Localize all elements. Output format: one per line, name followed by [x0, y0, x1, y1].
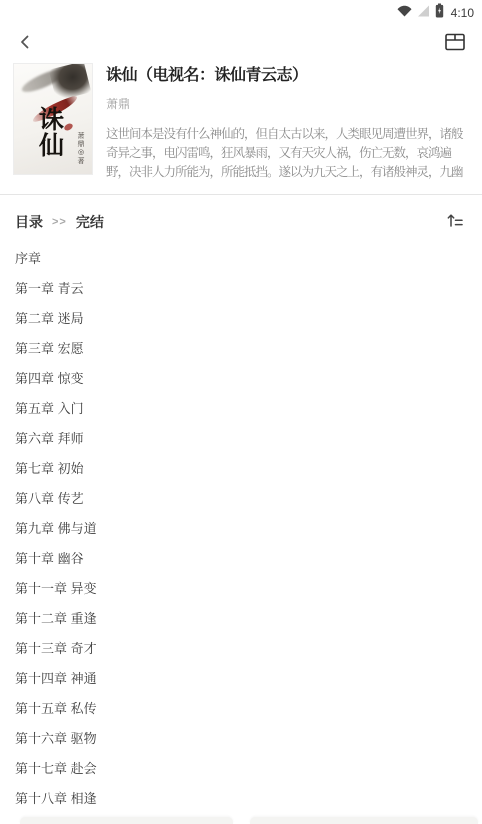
chapter-list: 序章第一章 青云第二章 迷局第三章 宏愿第四章 惊变第五章 入门第六章 拜师第七… [0, 234, 482, 814]
bottom-sheet-button-right[interactable] [250, 817, 478, 824]
chapter-item[interactable]: 第十六章 驱物 [0, 724, 482, 754]
chapter-item[interactable]: 第九章 佛与道 [0, 514, 482, 544]
chapter-item[interactable]: 第一章 青云 [0, 274, 482, 304]
chapter-item[interactable]: 第十二章 重逢 [0, 604, 482, 634]
chapter-item[interactable]: 第十一章 异变 [0, 574, 482, 604]
status-time: 4:10 [451, 6, 474, 20]
book-info: 诛仙 萧鼎◎著 诛仙（电视名：诛仙青云志） 萧鼎 这世间本是没有什么神仙的，但自… [0, 60, 482, 182]
chapter-item[interactable]: 第二章 迷局 [0, 304, 482, 334]
battery-charging-icon [435, 3, 444, 23]
catalog-status-badge: 完结 [76, 212, 104, 232]
chapter-item[interactable]: 第十章 幽谷 [0, 544, 482, 574]
book-meta: 诛仙（电视名：诛仙青云志） 萧鼎 这世间本是没有什么神仙的，但自太古以来，人类眼… [106, 64, 468, 182]
bookshelf-icon [444, 32, 466, 55]
chapter-item[interactable]: 第十四章 神通 [0, 664, 482, 694]
chapter-item[interactable]: 第四章 惊变 [0, 364, 482, 394]
app-header [0, 26, 482, 60]
catalog-header: 目录 >> 完结 [0, 195, 482, 234]
chapter-item[interactable]: 第八章 传艺 [0, 484, 482, 514]
chapter-item[interactable]: 第十五章 私传 [0, 694, 482, 724]
wifi-icon [397, 4, 412, 22]
status-bar: 4:10 [0, 0, 482, 22]
chapter-item[interactable]: 第十三章 奇才 [0, 634, 482, 664]
chapter-item[interactable]: 第十八章 相逢 [0, 784, 482, 814]
book-cover: 诛仙 萧鼎◎著 [14, 64, 92, 174]
bottom-sheet-button-left[interactable] [20, 817, 233, 824]
cover-red-accent [63, 122, 74, 132]
chapter-item[interactable]: 第六章 拜师 [0, 424, 482, 454]
sort-order-button[interactable] [443, 209, 467, 234]
back-button[interactable] [14, 31, 36, 56]
chapter-item[interactable]: 序章 [0, 244, 482, 274]
sort-ascending-icon [445, 211, 465, 232]
cover-ink-figure [49, 64, 92, 101]
chapter-item[interactable]: 第七章 初始 [0, 454, 482, 484]
book-description[interactable]: 这世间本是没有什么神仙的，但自太古以来，人类眼见周遭世界，诸般奇异之事，电闪雷鸣… [106, 125, 468, 182]
catalog-tab[interactable]: 目录 [15, 212, 43, 232]
chapter-item[interactable]: 第三章 宏愿 [0, 334, 482, 364]
back-chevron-icon [16, 33, 34, 54]
cover-title-calligraphy: 诛仙 [36, 106, 62, 158]
no-signal-icon [417, 4, 430, 22]
book-title: 诛仙（电视名：诛仙青云志） [106, 66, 468, 86]
catalog-separator: >> [52, 216, 67, 228]
book-author: 萧鼎 [106, 95, 468, 112]
chapter-item[interactable]: 第十七章 赴会 [0, 754, 482, 784]
bookshelf-button[interactable] [442, 30, 468, 57]
chapter-item[interactable]: 第五章 入门 [0, 394, 482, 424]
cover-byline: 萧鼎◎著 [75, 132, 85, 165]
